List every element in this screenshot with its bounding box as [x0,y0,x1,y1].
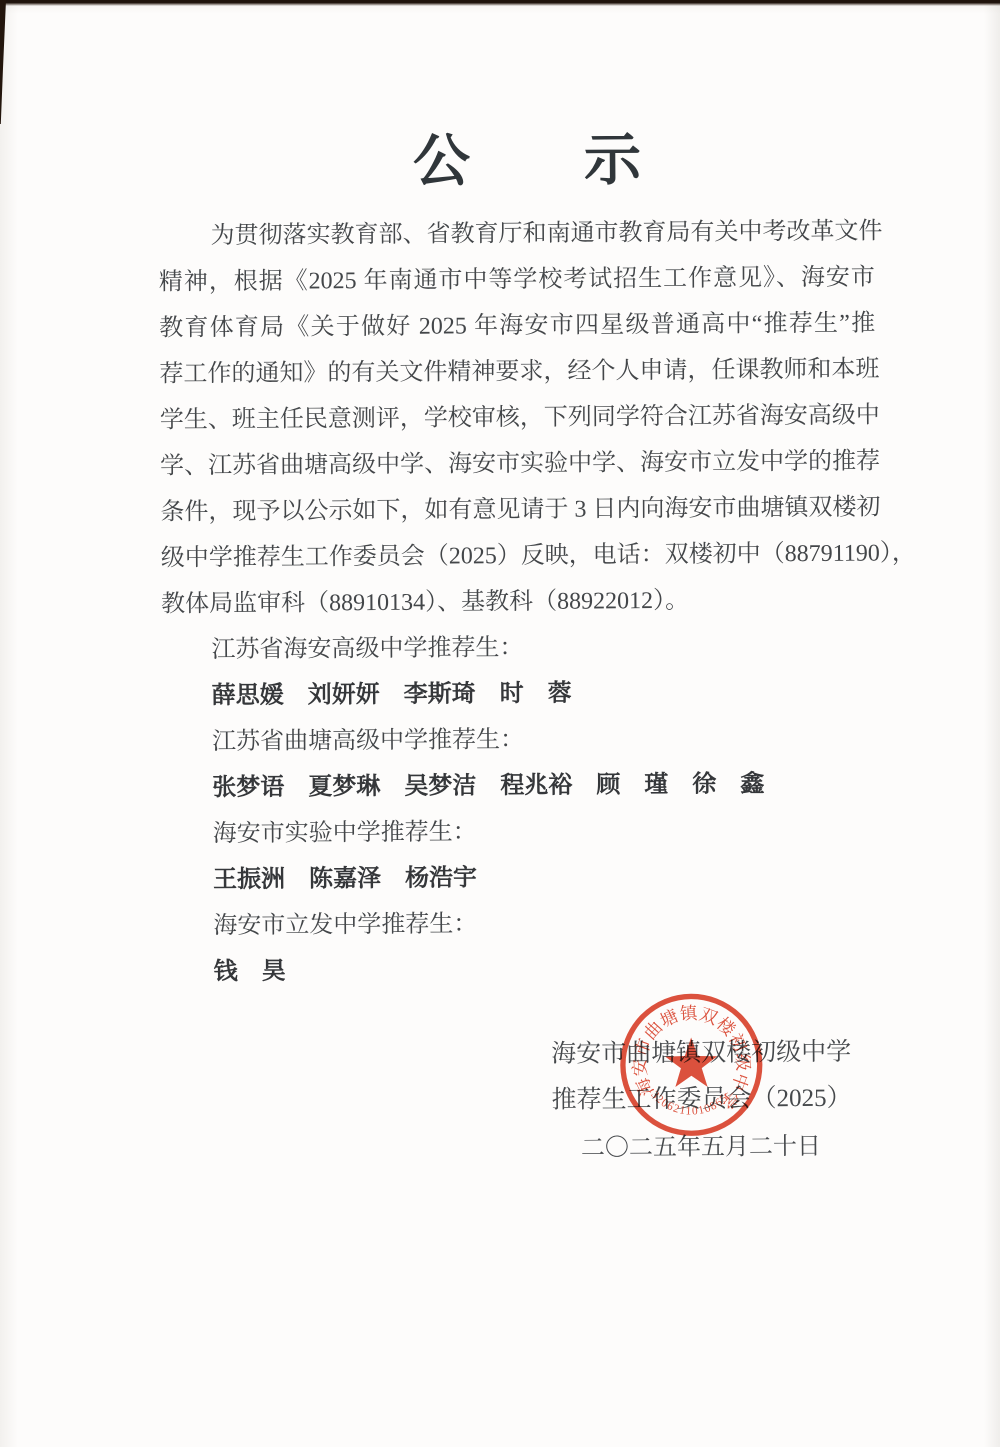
seal-serial-number: 3206211010865 [648,1088,731,1118]
doc-line-section: 海安市实验中学推荐生： [213,807,879,858]
official-seal: 海安市曲塘镇双楼初级中学 3206211010865 [615,988,768,1141]
seal-serial-holder: 3206211010865 [648,1088,731,1118]
doc-line-body: 荐工作的通知》的有关文件精神要求，经个人申请，任课教师和本班 [159,347,875,398]
doc-line-names: 薛思媛 刘妍妍 李斯琦 时 蓉 [212,669,878,720]
doc-line-names: 张梦语 夏梦琳 吴梦洁 程兆裕 顾 瑾 徐 鑫 [212,761,878,812]
doc-line-body: 教育体育局《关于做好 2025 年海安市四星级普通高中“推荐生”推 [159,301,875,352]
doc-line-body: 学生、班主任民意测评，学校审核，下列同学符合江苏省海安高级中 [160,393,876,444]
doc-line-body: 条件，现予以公示如下，如有意见请于 3 日内向海安市曲塘镇双楼初 [160,485,876,536]
doc-line-section: 江苏省海安高级中学推荐生： [211,623,877,674]
doc-line-body: 精神，根据《2025 年南通市中等学校考试招生工作意见》、海安市 [159,255,875,306]
scanned-document-page: 公 示 为贯彻落实教育部、省教育厅和南通市教育局有关中考改革文件精神，根据《20… [0,0,1000,1447]
doc-line-section: 海安市立发中学推荐生： [213,899,879,950]
doc-line-body-end: 教体局监审科（88910134）、基教科（88922012）。 [161,577,877,628]
doc-line-names: 钱 昊 [214,945,880,996]
doc-line-names: 王振洲 陈嘉泽 杨浩宇 [213,853,879,904]
doc-line-body: 学、江苏省曲塘高级中学、海安市实验中学、海安市立发中学的推荐 [160,439,876,490]
doc-line-body: 级中学推荐生工作委员会（2025）反映，电话：双楼初中（88791190）， [161,531,877,582]
scan-edge-top [0,0,1000,6]
document-body: 为贯彻落实教育部、省教育厅和南通市教育局有关中考改革文件精神，根据《2025 年… [158,209,879,996]
doc-line-section: 江苏省曲塘高级中学推荐生： [212,715,878,766]
page-title: 公 示 [165,125,889,196]
seal-star-icon [665,1037,717,1087]
document-content: 公 示 为贯彻落实教育部、省教育厅和南通市教育局有关中考改革文件精神，根据《20… [0,0,1000,1447]
doc-line-body-first: 为贯彻落实教育部、省教育厅和南通市教育局有关中考改革文件 [210,209,874,260]
